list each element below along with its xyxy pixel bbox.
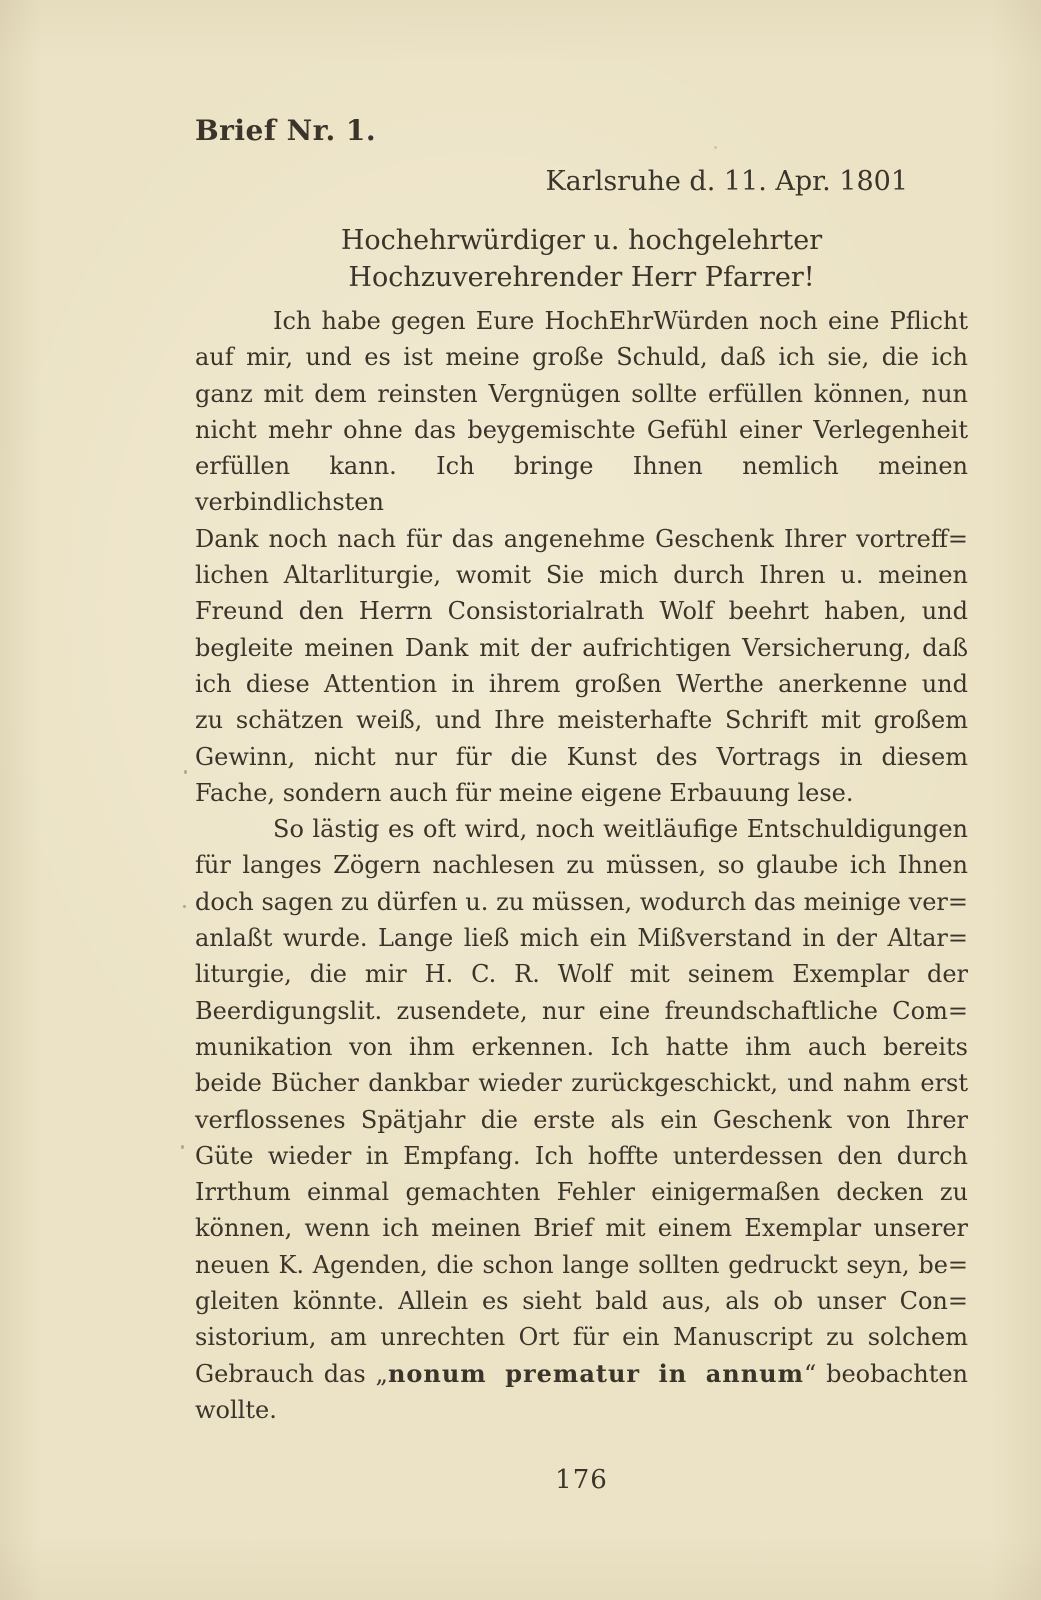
text-line: anlaßt wurde. Lange ließ mich ein Mißver… <box>195 920 968 956</box>
text-line: sistorium, am unrechten Ort für ein Manu… <box>195 1319 968 1355</box>
text-line: Dank noch nach für das angenehme Geschen… <box>195 521 968 557</box>
text-line: zu schätzen weiß, und Ihre meisterhafte … <box>195 702 968 738</box>
text-line: Fache, sondern auch für meine eigene Erb… <box>195 775 968 811</box>
text-line: verflossenes Spätjahr die erste als ein … <box>195 1102 968 1138</box>
scan-speck <box>181 1145 184 1149</box>
scan-speck <box>183 905 186 908</box>
text-line: wollte. <box>195 1392 968 1428</box>
scan-speck <box>184 770 187 774</box>
text-line: doch sagen zu dürfen u. zu müssen, wodur… <box>195 884 968 920</box>
text-line: Güte wieder in Empfang. Ich hoffte unter… <box>195 1138 968 1174</box>
scan-speck <box>714 146 717 149</box>
page-number: 176 <box>195 1462 968 1498</box>
dateline: Karlsruhe d. 11. Apr. 1801 <box>195 163 968 200</box>
paragraph-1: Ich habe gegen Eure HochEhrWürden noch e… <box>195 303 968 811</box>
letter-number-heading: Brief Nr. 1. <box>195 113 968 149</box>
text-line: nicht mehr ohne das beygemischte Gefühl … <box>195 412 968 448</box>
text-line: lichen Altarliturgie, womit Sie mich dur… <box>195 557 968 593</box>
salutation: Hochehrwürdiger u. hochgelehrter Hochzuv… <box>195 222 968 296</box>
text-line: beide Bücher dankbar wieder zurückgeschi… <box>195 1065 968 1101</box>
text-line: Freund den Herrn Consistorialrath Wolf b… <box>195 593 968 629</box>
text-line: Gewinn, nicht nur für die Kunst des Vort… <box>195 739 968 775</box>
text-line: Irrthum einmal gemachten Fehler einigerm… <box>195 1174 968 1210</box>
salutation-line-2: Hochzuverehrender Herr Pfarrer! <box>195 259 968 296</box>
text-line: munikation von ihm erkennen. Ich hatte i… <box>195 1029 968 1065</box>
salutation-line-1: Hochehrwürdiger u. hochgelehrter <box>195 222 968 259</box>
text-line: für langes Zögern nachlesen zu müssen, s… <box>195 847 968 883</box>
text-line: gleiten könnte. Allein es sieht bald aus… <box>195 1283 968 1319</box>
text-line: liturgie, die mir H. C. R. Wolf mit sein… <box>195 956 968 992</box>
text-line: neuen K. Agenden, die schon lange sollte… <box>195 1247 968 1283</box>
text-line: Beerdigungslit. zusendete, nur eine freu… <box>195 993 968 1029</box>
text-line: ich diese Attention in ihrem großen Wert… <box>195 666 968 702</box>
latin-quote: nonum prematur in annum <box>388 1359 804 1388</box>
text-line: So lästig es oft wird, noch weitläufige … <box>195 811 968 847</box>
fraktur-text: Gebrauch das „ <box>195 1360 388 1388</box>
text-line: Gebrauch das „nonum prematur in annum“ b… <box>195 1356 968 1392</box>
letter-body: Ich habe gegen Eure HochEhrWürden noch e… <box>195 303 968 1428</box>
fraktur-text: “ beobachten <box>804 1360 968 1388</box>
text-line: begleite meinen Dank mit der aufrichtige… <box>195 630 968 666</box>
text-line: können, wenn ich meinen Brief mit einem … <box>195 1210 968 1246</box>
text-line: auf mir, und es ist meine große Schuld, … <box>195 339 968 375</box>
book-page: Brief Nr. 1. Karlsruhe d. 11. Apr. 1801 … <box>0 0 1041 1600</box>
text-line: ganz mit dem reinsten Vergnügen sollte e… <box>195 376 968 412</box>
text-line: erfüllen kann. Ich bringe Ihnen nemlich … <box>195 448 968 521</box>
paragraph-2: So lästig es oft wird, noch weitläufige … <box>195 811 968 1428</box>
text-line: Ich habe gegen Eure HochEhrWürden noch e… <box>195 303 968 339</box>
